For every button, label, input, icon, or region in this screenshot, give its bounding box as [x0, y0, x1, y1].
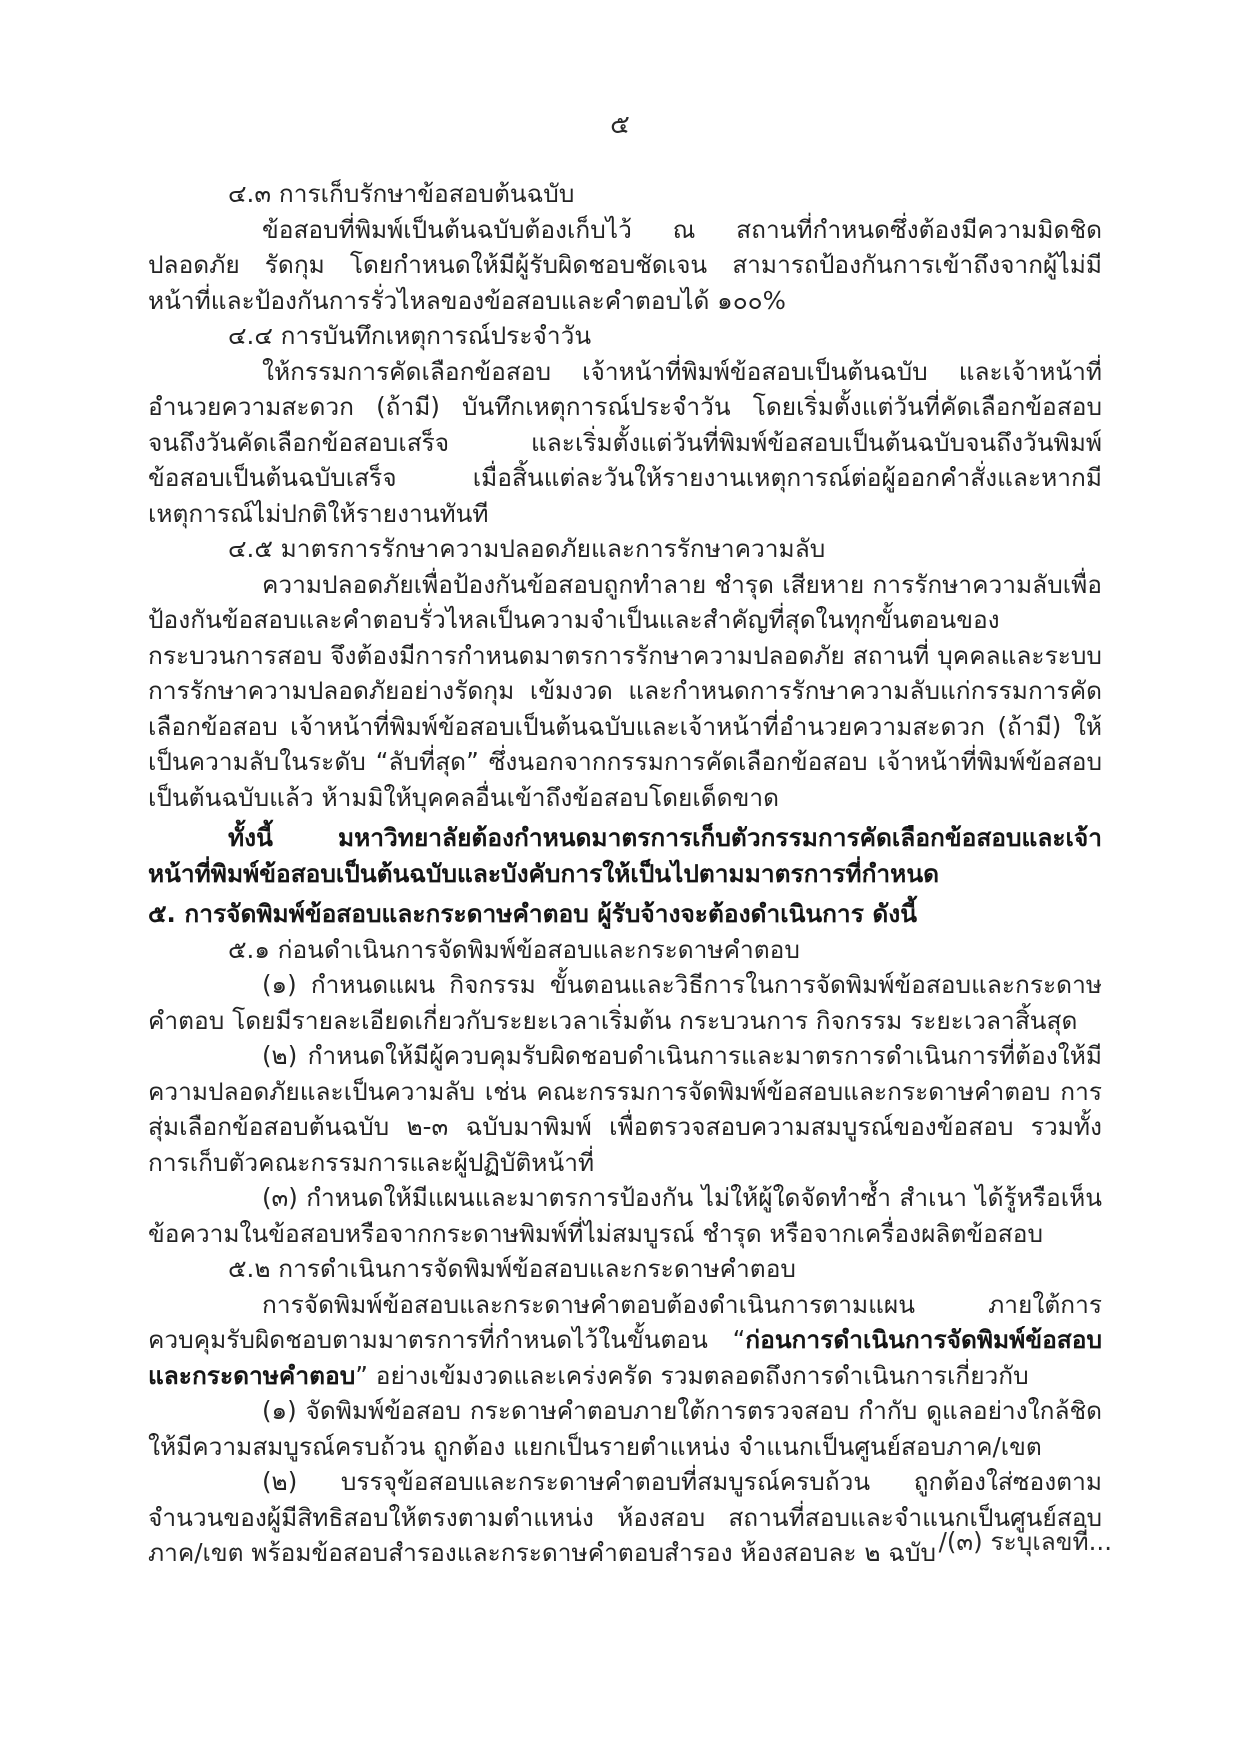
- list-item: (๒) กำหนดให้มีผู้ควบคุมรับผิดชอบดำเนินกา…: [148, 1038, 1102, 1180]
- bold-text-run: ทั้งนี้ มหาวิทยาลัยต้องกำหนดมาตรการเก็บต…: [148, 823, 1102, 888]
- list-item: (๑) กำหนดแผน กิจกรรม ขั้นตอนและวิธีการใน…: [148, 967, 1102, 1038]
- text-run: (๑) กำหนดแผน กิจกรรม ขั้นตอนและวิธีการใน…: [148, 970, 1102, 1035]
- paragraph: ข้อสอบที่พิมพ์เป็นต้นฉบับต้องเก็บไว้ ณ ส…: [148, 212, 1102, 319]
- text-run: ๔.๓ การเก็บรักษาข้อสอบต้นฉบับ: [228, 179, 574, 208]
- subheading: ๔.๓ การเก็บรักษาข้อสอบต้นฉบับ: [148, 176, 1102, 212]
- subheading: ๔.๔ การบันทึกเหตุการณ์ประจำวัน: [148, 318, 1102, 354]
- text-run: ๔.๔ การบันทึกเหตุการณ์ประจำวัน: [228, 321, 591, 350]
- subheading: ๕.๒ การดำเนินการจัดพิมพ์ข้อสอบและกระดาษค…: [148, 1251, 1102, 1287]
- text-run: ๕.๑ ก่อนดำเนินการจัดพิมพ์ข้อสอบและกระดาษ…: [228, 935, 800, 964]
- document-body: ๔.๓ การเก็บรักษาข้อสอบต้นฉบับข้อสอบที่พิ…: [148, 176, 1102, 1571]
- page-number: ๕: [0, 104, 1240, 145]
- paragraph: ให้กรรมการคัดเลือกข้อสอบ เจ้าหน้าที่พิมพ…: [148, 354, 1102, 532]
- text-run: (๑) จัดพิมพ์ข้อสอบ กระดาษคำตอบภายใต้การต…: [148, 1396, 1102, 1461]
- paragraph: การจัดพิมพ์ข้อสอบและกระดาษคำตอบต้องดำเนิ…: [148, 1287, 1102, 1394]
- text-run: ๔.๕ มาตรการรักษาความปลอดภัยและการรักษาคว…: [228, 534, 825, 563]
- text-run: (๒) กำหนดให้มีผู้ควบคุมรับผิดชอบดำเนินกา…: [148, 1041, 1102, 1177]
- paragraph: ความปลอดภัยเพื่อป้องกันข้อสอบถูกทำลาย ชำ…: [148, 567, 1102, 816]
- text-run: ให้กรรมการคัดเลือกข้อสอบ เจ้าหน้าที่พิมพ…: [148, 357, 1102, 528]
- document-page: ๕ ๔.๓ การเก็บรักษาข้อสอบต้นฉบับข้อสอบที่…: [0, 0, 1240, 1753]
- list-item: (๑) จัดพิมพ์ข้อสอบ กระดาษคำตอบภายใต้การต…: [148, 1393, 1102, 1464]
- subheading: ๔.๕ มาตรการรักษาความปลอดภัยและการรักษาคว…: [148, 531, 1102, 567]
- bold-text-run: ๕. การจัดพิมพ์ข้อสอบและกระดาษคำตอบ ผู้รั…: [148, 899, 917, 928]
- subheading: ๕.๑ ก่อนดำเนินการจัดพิมพ์ข้อสอบและกระดาษ…: [148, 932, 1102, 968]
- text-run: ข้อสอบที่พิมพ์เป็นต้นฉบับต้องเก็บไว้ ณ ส…: [148, 215, 1102, 315]
- text-run: (๓) กำหนดให้มีแผนและมาตรการป้องกัน ไม่ให…: [148, 1183, 1102, 1248]
- text-run: ” อย่างเข้มงวดและเคร่งครัด รวมตลอดถึงการ…: [355, 1361, 1028, 1390]
- page-footer-continuation: /(๓) ระบุเลขที่...: [939, 1522, 1112, 1561]
- text-run: ความปลอดภัยเพื่อป้องกันข้อสอบถูกทำลาย ชำ…: [148, 570, 1102, 812]
- bold-note: ทั้งนี้ มหาวิทยาลัยต้องกำหนดมาตรการเก็บต…: [148, 820, 1102, 891]
- list-item: (๓) กำหนดให้มีแผนและมาตรการป้องกัน ไม่ให…: [148, 1180, 1102, 1251]
- section-title: ๕. การจัดพิมพ์ข้อสอบและกระดาษคำตอบ ผู้รั…: [148, 896, 1102, 932]
- text-run: ๕.๒ การดำเนินการจัดพิมพ์ข้อสอบและกระดาษค…: [228, 1254, 796, 1283]
